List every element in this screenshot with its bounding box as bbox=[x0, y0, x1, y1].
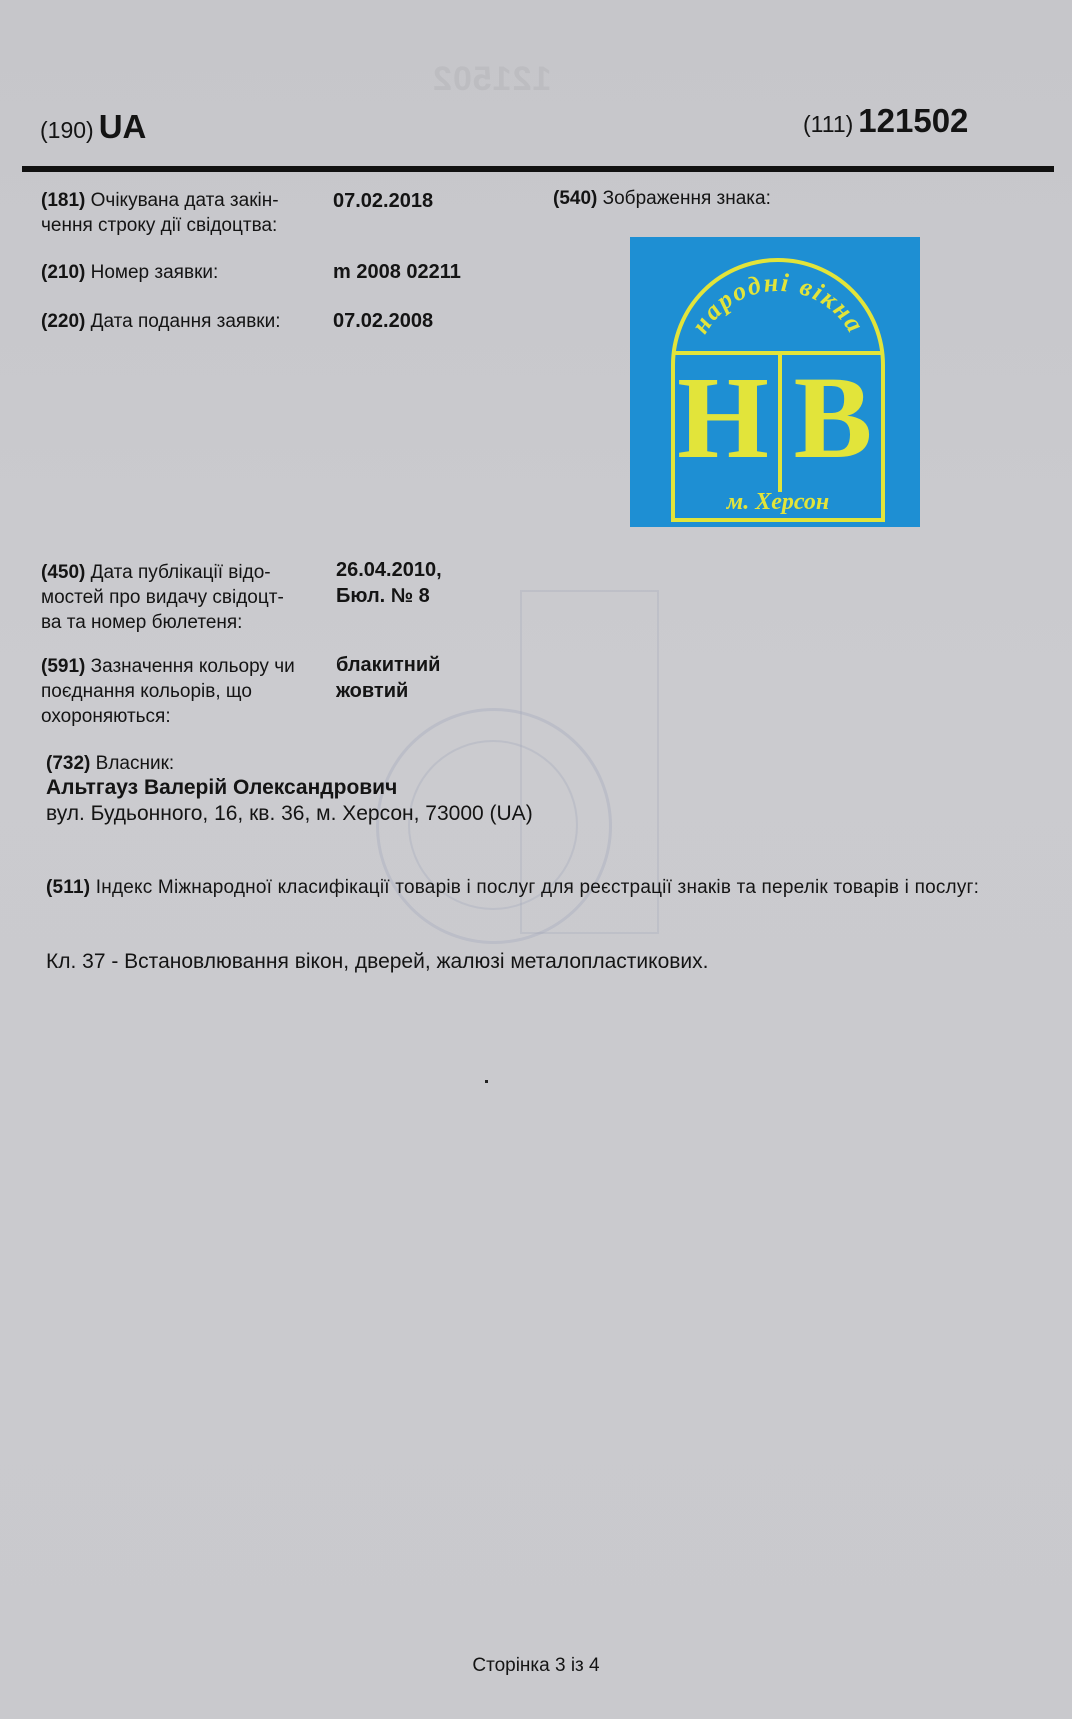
label-line: чення строку дії свідоцтва: bbox=[41, 215, 277, 236]
label-line: Зображення знака: bbox=[603, 188, 771, 209]
logo-city-text: м. Херсон bbox=[726, 489, 829, 515]
trademark-image: народні вікна Н В м. Херсон bbox=[630, 237, 920, 527]
goods-list: Кл. 37 - Встановлювання вікон, дверей, ж… bbox=[46, 950, 708, 974]
value-line: 26.04.2010, bbox=[336, 559, 442, 581]
country-code: (190)UA bbox=[40, 108, 146, 146]
field-app-number-value: m 2008 02211 bbox=[333, 259, 461, 285]
label-line: Власник: bbox=[96, 753, 175, 774]
label-line: поєднання кольорів, що bbox=[41, 681, 252, 702]
field-expiry-value: 07.02.2018 bbox=[333, 188, 433, 214]
owner-name: Альтгауз Валерій Олександрович bbox=[46, 776, 397, 800]
field-colors-value: блакитний жовтий bbox=[336, 652, 440, 704]
label-line: Номер заявки: bbox=[91, 262, 219, 283]
label-line: Індекс Міжнародної класифікації товарів … bbox=[96, 877, 979, 898]
field-app-date-value: 07.02.2008 bbox=[333, 308, 433, 334]
owner-address: вул. Будьонного, 16, кв. 36, м. Херсон, … bbox=[46, 802, 533, 826]
field-publication-label: (450) Дата публікації відо- мостей про в… bbox=[41, 560, 284, 635]
label-line: ва та номер бюлетеня: bbox=[41, 612, 242, 633]
field-owner-label: (732) Власник: bbox=[46, 751, 174, 776]
label-line: Зазначення кольору чи bbox=[91, 656, 295, 677]
reg-number-label: (111) bbox=[803, 111, 853, 137]
logo-letter-right: В bbox=[794, 352, 873, 483]
label-line: Дата публікації відо- bbox=[91, 562, 271, 583]
field-mark-image-label: (540) Зображення знака: bbox=[553, 186, 771, 211]
value-line: блакитний bbox=[336, 654, 440, 676]
registration-number: (111)121502 bbox=[803, 102, 968, 140]
field-colors-label: (591) Зазначення кольору чи поєднання ко… bbox=[41, 654, 295, 729]
field-code: (540) bbox=[553, 188, 597, 209]
label-line: Очікувана дата закін- bbox=[91, 190, 279, 211]
field-code: (732) bbox=[46, 753, 90, 774]
value-line: Бюл. № 8 bbox=[336, 585, 430, 607]
value-line: жовтий bbox=[336, 680, 408, 702]
speck bbox=[485, 1080, 488, 1083]
trademark-logo: народні вікна Н В м. Херсон bbox=[630, 237, 920, 527]
field-app-date-label: (220) Дата подання заявки: bbox=[41, 309, 281, 334]
label-line: мостей про видачу свідоцт- bbox=[41, 587, 284, 608]
field-code: (210) bbox=[41, 262, 85, 283]
country-code-label: (190) bbox=[40, 117, 94, 143]
logo-letter-left: Н bbox=[677, 352, 769, 483]
label-line: охороняються: bbox=[41, 706, 171, 727]
field-code: (450) bbox=[41, 562, 85, 583]
reg-number-value: 121502 bbox=[858, 102, 968, 139]
field-code: (591) bbox=[41, 656, 85, 677]
field-code: (181) bbox=[41, 190, 85, 211]
field-expiry-label: (181) Очікувана дата закін- чення строку… bbox=[41, 188, 279, 238]
page-number: Сторінка 3 із 4 bbox=[0, 1655, 1072, 1677]
field-code: (511) bbox=[46, 877, 90, 898]
bleed-through-number: 121502 bbox=[432, 60, 551, 99]
header-rule bbox=[22, 166, 1054, 172]
label-line: Дата подання заявки: bbox=[91, 311, 281, 332]
field-app-number-label: (210) Номер заявки: bbox=[41, 260, 218, 285]
field-publication-value: 26.04.2010, Бюл. № 8 bbox=[336, 557, 442, 609]
country-code-value: UA bbox=[99, 108, 147, 145]
field-code: (220) bbox=[41, 311, 85, 332]
field-classification-label: (511) Індекс Міжнародної класифікації то… bbox=[46, 876, 1020, 900]
